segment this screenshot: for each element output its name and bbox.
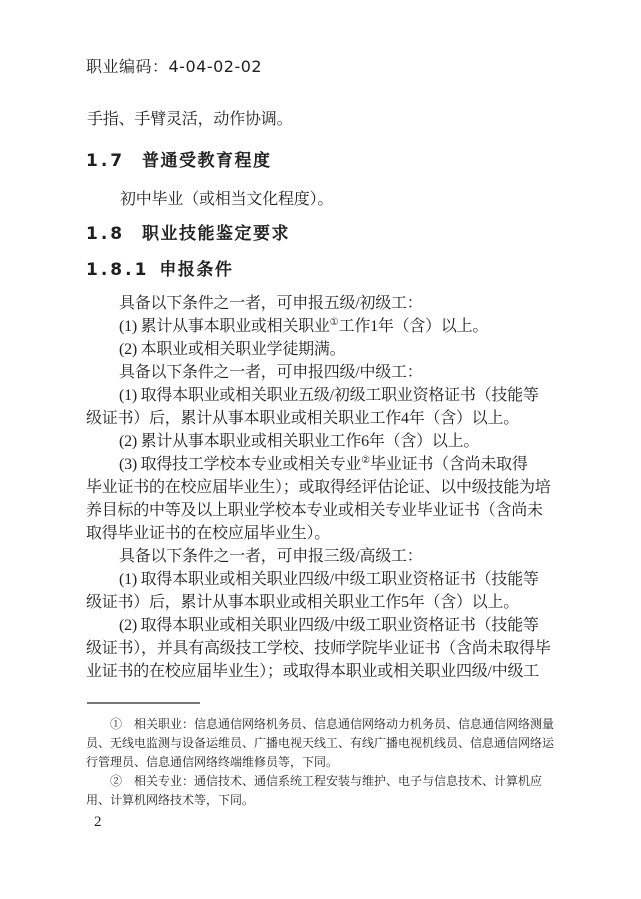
body-line: 毕业证书的在校应届毕业生）；或取得经评估论证、以中级技能为培 bbox=[86, 476, 564, 499]
intro-paragraph: 手指、手臂灵活，动作协调。 bbox=[87, 106, 292, 129]
application-conditions-block: 具备以下条件之一者，可申报五级/初级工： (1) 累计从事本职业或相关职业①工作… bbox=[86, 292, 564, 683]
body-line-text: (3) 取得技工学校本专业或相关专业 bbox=[119, 456, 361, 473]
body-line: 级证书），并具有高级技工学校、技师学院毕业证书（含尚未取得毕 bbox=[86, 637, 564, 660]
section-number: 1.8.1 bbox=[86, 260, 149, 280]
footnotes-block: ① 相关职业：信息通信网络机务员、信息通信网络动力机务员、信息通信网络测量 员、… bbox=[86, 715, 566, 810]
body-line: 具备以下条件之一者，可申报五级/初级工： bbox=[86, 292, 564, 315]
section-heading-1-7: 1.7普通受教育程度 bbox=[86, 146, 272, 171]
footnote-line: 行管理员、信息通信网络终端维修员等，下同。 bbox=[86, 753, 566, 772]
body-line-text: 毕业证书（含尚未取得 bbox=[370, 456, 528, 473]
body-line: (2) 本职业或相关职业学徒期满。 bbox=[86, 338, 564, 361]
footnote-line: 员、无线电监测与设备运维员、广播电视天线工、有线广播电视机线员、信息通信网络运 bbox=[86, 734, 566, 753]
body-line: (2) 累计从事本职业或相关职业工作6年（含）以上。 bbox=[86, 430, 564, 453]
section-title: 申报条件 bbox=[159, 260, 233, 280]
body-line-text: (1) 累计从事本职业或相关职业 bbox=[119, 318, 330, 335]
body-line: 养目标的中等及以上职业学校本专业或相关专业毕业证书（含尚未 bbox=[86, 499, 564, 522]
footnote-separator-rule bbox=[87, 702, 200, 704]
footnote-line: ① 相关职业：信息通信网络机务员、信息通信网络动力机务员、信息通信网络测量 bbox=[86, 715, 566, 734]
section-heading-1-8-1: 1.8.1申报条件 bbox=[86, 255, 233, 280]
body-line: (3) 取得技工学校本专业或相关专业②毕业证书（含尚未取得 bbox=[86, 453, 564, 476]
footnote-line: ② 相关专业：通信技术、通信系统工程安装与维护、电子与信息技术、计算机应 bbox=[86, 772, 566, 791]
section-number: 1.7 bbox=[86, 151, 132, 171]
body-line: 级证书）后，累计从事本职业或相关职业工作4年（含）以上。 bbox=[86, 407, 564, 430]
body-line: 具备以下条件之一者，可申报四级/中级工： bbox=[86, 361, 564, 384]
section-heading-1-8: 1.8职业技能鉴定要求 bbox=[86, 219, 290, 244]
body-line: 级证书）后，累计从事本职业或相关职业工作5年（含）以上。 bbox=[86, 591, 564, 614]
body-line: 取得毕业证书的在校应届毕业生）。 bbox=[86, 522, 564, 545]
body-line-text: 工作1年（含）以上。 bbox=[339, 318, 489, 335]
body-line: (1) 累计从事本职业或相关职业①工作1年（含）以上。 bbox=[86, 315, 564, 338]
section-number: 1.8 bbox=[86, 224, 132, 244]
body-line: 业证书的在校应届毕业生）；或取得本职业或相关职业四级/中级工 bbox=[86, 660, 564, 683]
document-page: 职业编码：4-04-02-02 手指、手臂灵活，动作协调。 1.7普通受教育程度… bbox=[0, 0, 641, 899]
occupation-code-header: 职业编码：4-04-02-02 bbox=[86, 54, 262, 77]
education-requirement-text: 初中毕业（或相当文化程度）。 bbox=[120, 186, 333, 209]
section-title: 职业技能鉴定要求 bbox=[142, 224, 290, 244]
section-title: 普通受教育程度 bbox=[142, 151, 272, 171]
body-line: (1) 取得本职业或相关职业五级/初级工职业资格证书（技能等 bbox=[86, 384, 564, 407]
footnote-line: 用、计算机网络技术等，下同。 bbox=[86, 791, 566, 810]
body-line: 具备以下条件之一者，可申报三级/高级工： bbox=[86, 545, 564, 568]
body-line: (2) 取得本职业或相关职业四级/中级工职业资格证书（技能等 bbox=[86, 614, 564, 637]
body-line: (1) 取得本职业或相关职业四级/中级工职业资格证书（技能等 bbox=[86, 568, 564, 591]
page-number: 2 bbox=[94, 814, 102, 831]
